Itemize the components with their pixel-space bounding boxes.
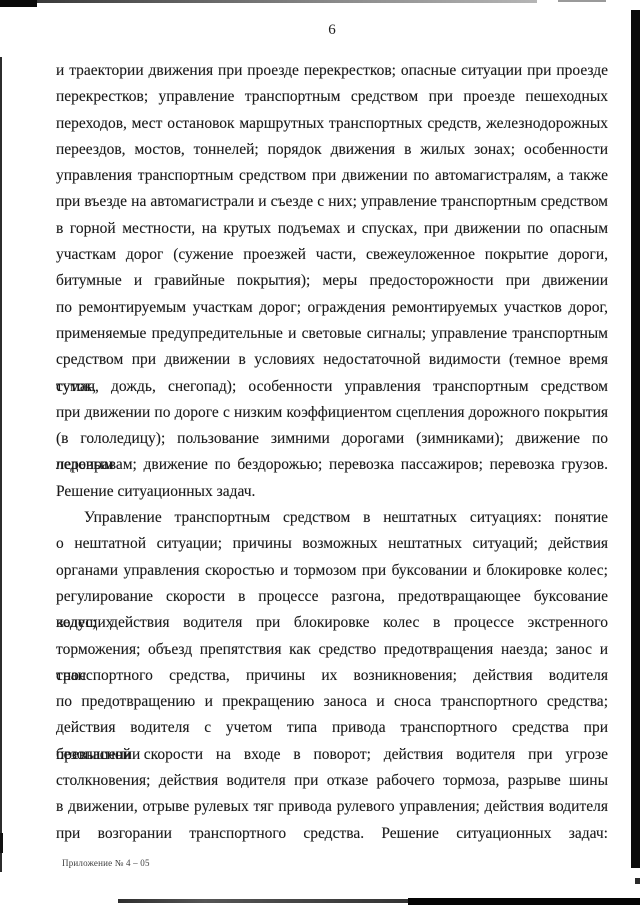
text-line: колес; действия водителя при блокировке … <box>56 610 608 636</box>
text-line: по ремонтируемым участкам дорог; огражде… <box>56 295 608 321</box>
footer-note: Приложение № 4 – 05 <box>62 858 150 868</box>
text-line: туман, дождь, снегопад); особенности упр… <box>56 374 608 400</box>
document-page: 6 и траектории движения при проезде пере… <box>0 0 640 905</box>
text-line: управления транспортным средством при дв… <box>56 163 608 189</box>
text-line: при движении по дороге с низким коэффици… <box>56 400 608 426</box>
text-line: действия водителя с учетом типа привода … <box>56 715 608 741</box>
text-line: и траектории движения при проезде перекр… <box>56 58 608 84</box>
text-line: транспортного средства, причины их возни… <box>56 663 608 689</box>
text-line: торможения; объезд препятствия как средс… <box>56 637 608 663</box>
scan-edge-bottom-black <box>408 898 640 905</box>
text-line: применяемые предупредительные и световые… <box>56 321 608 347</box>
text-line: битумные и гравийные покрытия); меры пре… <box>56 268 608 294</box>
scan-edge-right-bar <box>631 10 640 868</box>
page-number: 6 <box>56 22 608 39</box>
text-line: безопасной скорости на входе в поворот; … <box>56 742 608 768</box>
text-line: в горной местности, на крутых подъемах и… <box>56 216 608 242</box>
scan-edge-left-mark <box>0 833 3 853</box>
text-line: (в гололедицу); пользование зимними доро… <box>56 426 608 452</box>
text-line: участкам дорог (сужение проезжей части, … <box>56 242 608 268</box>
document-text-body: и траектории движения при проезде перекр… <box>56 58 608 847</box>
text-line: при возгорании транспортного средства. Р… <box>56 821 608 847</box>
scan-edge-bottom-gray <box>118 899 408 903</box>
text-line: перекрестков; управление транспортным ср… <box>56 84 608 110</box>
text-line: в движении, отрыве рулевых тяг привода р… <box>56 794 608 820</box>
scan-edge-top-tick <box>558 0 606 2</box>
text-line: переходов, мест остановок маршрутных тра… <box>56 111 608 137</box>
text-line: органами управления скоростью и тормозом… <box>56 558 608 584</box>
scan-edge-left-line <box>0 57 2 872</box>
scan-edge-top-left-mark <box>0 0 37 7</box>
text-line: о нештатной ситуации; причины возможных … <box>56 531 608 557</box>
scan-edge-top-line <box>37 0 537 3</box>
text-line: Управление транспортным средством в нешт… <box>56 505 608 531</box>
text-line: регулирование скорости в процессе разгон… <box>56 584 608 610</box>
text-line: переправам; движение по бездорожью; пере… <box>56 452 608 478</box>
scan-edge-right-dot <box>635 878 640 884</box>
text-line: по предотвращению и прекращению заноса и… <box>56 689 608 715</box>
text-line: Решение ситуационных задач. <box>56 479 608 505</box>
text-line: переездов, мостов, тоннелей; порядок дви… <box>56 137 608 163</box>
text-line: средством при движении в условиях недост… <box>56 347 608 373</box>
text-line: столкновения; действия водителя при отка… <box>56 768 608 794</box>
text-line: при въезде на автомагистрали и съезде с … <box>56 189 608 215</box>
